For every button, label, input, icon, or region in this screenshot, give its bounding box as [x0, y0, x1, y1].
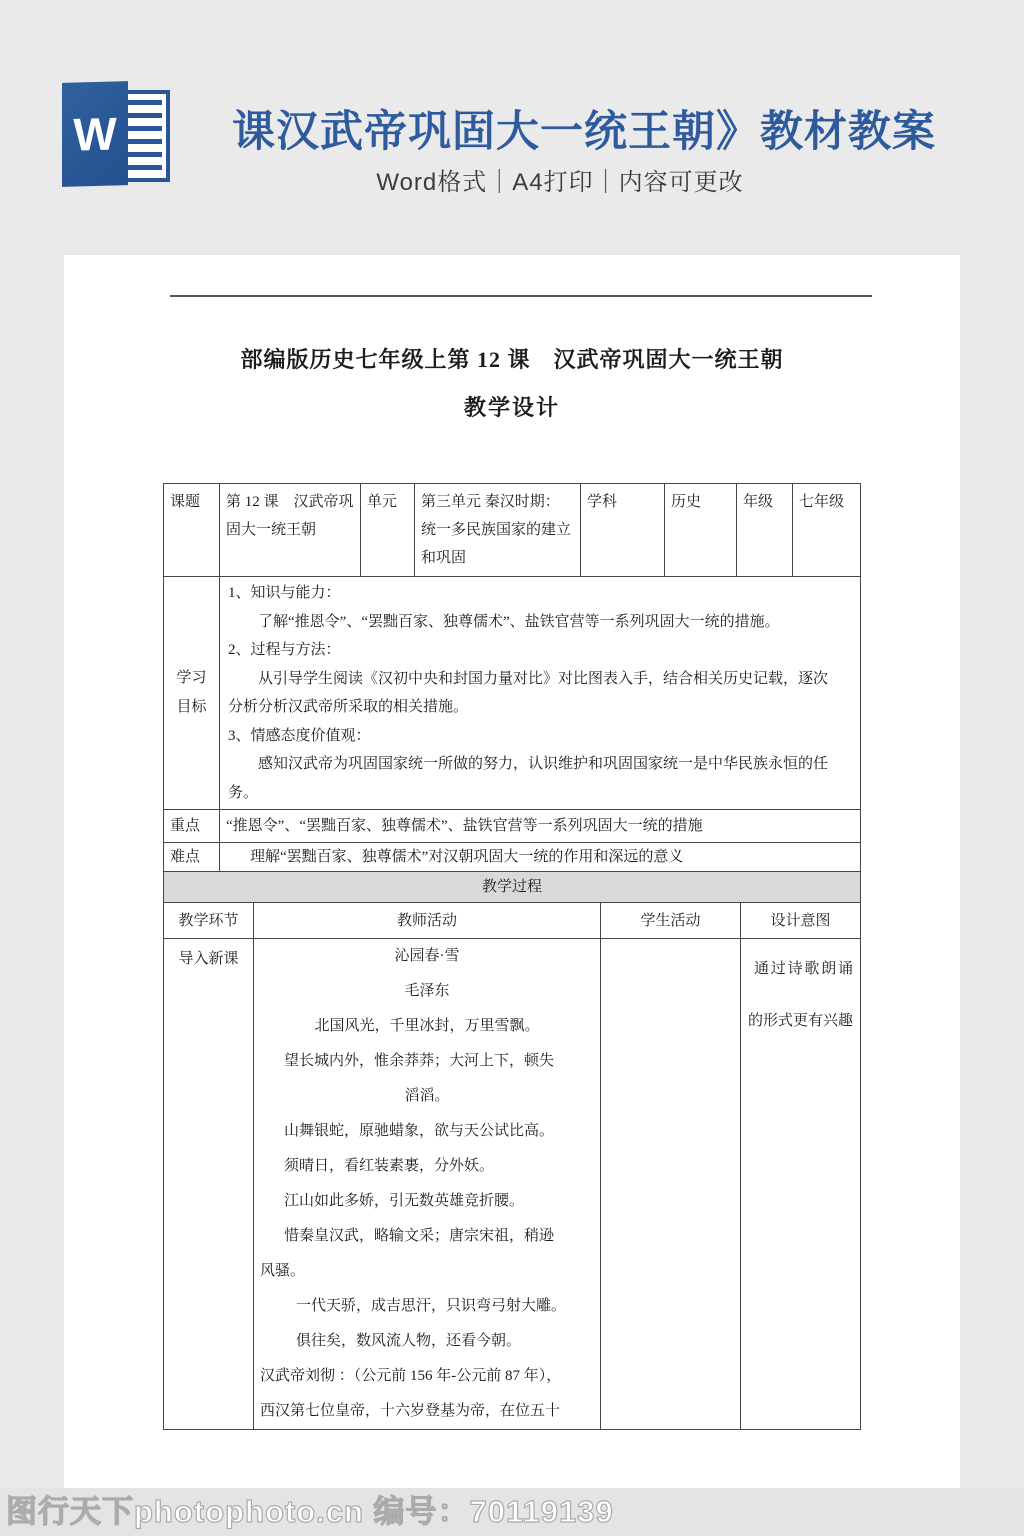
teacher-line: 俱往矣，数风流人物，还看今朝。 — [260, 1324, 594, 1359]
teacher-line: 滔滔。 — [260, 1079, 594, 1114]
divider-line — [170, 295, 872, 297]
teacher-line: 江山如此多娇，引无数英雄竞折腰。 — [260, 1184, 594, 1219]
watermark-text: 图行天下photophoto.cn 编号：70119139 — [6, 1486, 614, 1531]
objective-line: 从引导学生阅读《汉初中央和封国力量对比》对比图表入手，结合相关历史记载，逐次 — [228, 665, 852, 694]
teacher-line: 西汉第七位皇帝，十六岁登基为帝，在位五十 — [260, 1394, 594, 1429]
teacher-line: 一代天骄，成吉思汗，只识弯弓射大雕。 — [260, 1289, 594, 1324]
process-section-title: 教学过程 — [164, 872, 861, 903]
banner-subtitle: Word格式｜A4打印｜内容可更改 — [232, 162, 888, 197]
teacher-activity-cell: 沁园春·雪 毛泽东 北国风光，千里冰封，万里雪飘。 望长城内外，惟余莽莽；大河上… — [254, 939, 601, 1430]
objective-line: 务。 — [228, 779, 852, 808]
col-header-stage: 教学环节 — [164, 903, 254, 939]
teaching-process-table: 教学过程 教学环节 教师活动 学生活动 设计意图 导入新课 沁园春·雪 毛泽东 … — [163, 871, 861, 1430]
objectives-row: 学习目标 1、知识与能力： 了解“推恩令”、“罢黜百家、独尊儒术”、盐铁官营等一… — [164, 577, 861, 810]
objectives-label: 学习目标 — [164, 577, 220, 810]
intent-line: 的形式更有兴趣 — [748, 995, 853, 1047]
course-value: 第 12 课 汉武帝巩固大一统王朝 — [220, 484, 361, 577]
teacher-line: 汉武帝刘彻 ：（公元前 156 年-公元前 87 年）， — [260, 1359, 594, 1394]
stage-cell: 导入新课 — [164, 939, 254, 1430]
intent-line: 通过诗歌朗诵 — [748, 943, 853, 995]
subject-label: 学科 — [581, 484, 665, 577]
word-icon-letter: W — [73, 110, 116, 157]
teacher-line: 惜秦皇汉武，略输文采；唐宗宋祖，稍逊 — [260, 1219, 594, 1254]
student-activity-cell — [601, 939, 741, 1430]
design-intent-cell: 通过诗歌朗诵 的形式更有兴趣 — [741, 939, 861, 1430]
process-section-row: 教学过程 — [164, 872, 861, 903]
doc-subtitle: 教学设计 — [64, 391, 960, 422]
document-page: 部编版历史七年级上第 12 课 汉武帝巩固大一统王朝 教学设计 课题 第 12 … — [64, 255, 960, 1488]
site-banner: W 课汉武帝巩固大一统王朝》教材教案 Word格式｜A4打印｜内容可更改 — [0, 0, 1024, 255]
lesson-plan-tables: 课题 第 12 课 汉武帝巩固大一统王朝 单元 第三单元 秦汉时期：统一多民族国… — [163, 483, 860, 1430]
teacher-line: 山舞银蛇，原驰蜡象，欲与天公试比高。 — [260, 1114, 594, 1149]
banner-title: 课汉武帝巩固大一统王朝》教材教案 — [232, 98, 932, 159]
difficulty-label: 难点 — [164, 843, 220, 872]
course-label: 课题 — [164, 484, 220, 577]
objectives-content: 1、知识与能力： 了解“推恩令”、“罢黜百家、独尊儒术”、盐铁官营等一系列巩固大… — [220, 577, 861, 810]
process-header-row: 教学环节 教师活动 学生活动 设计意图 — [164, 903, 861, 939]
unit-label: 单元 — [361, 484, 415, 577]
teacher-line: 沁园春·雪 — [260, 939, 594, 974]
teacher-line: 北国风光，千里冰封，万里雪飘。 — [260, 1009, 594, 1044]
teacher-line: 望长城内外，惟余莽莽；大河上下，顿失 — [260, 1044, 594, 1079]
word-icon-square: W — [62, 81, 128, 187]
table-row: 课题 第 12 课 汉武帝巩固大一统王朝 单元 第三单元 秦汉时期：统一多民族国… — [164, 484, 861, 577]
col-header-teacher: 教师活动 — [254, 903, 601, 939]
unit-value: 第三单元 秦汉时期：统一多民族国家的建立和巩固 — [415, 484, 581, 577]
lesson-info-table: 课题 第 12 课 汉武帝巩固大一统王朝 单元 第三单元 秦汉时期：统一多民族国… — [163, 483, 861, 872]
objective-line: 分析分析汉武帝所采取的相关措施。 — [228, 693, 852, 722]
difficulty-row: 难点 理解“罢黜百家、独尊儒术”对汉朝巩固大一统的作用和深远的意义 — [164, 843, 861, 872]
col-header-intent: 设计意图 — [741, 903, 861, 939]
objective-line: 了解“推恩令”、“罢黜百家、独尊儒术”、盐铁官营等一系列巩固大一统的措施。 — [228, 608, 852, 637]
teacher-line: 毛泽东 — [260, 974, 594, 1009]
teacher-line: 须晴日，看红装素裹，分外妖。 — [260, 1149, 594, 1184]
grade-label: 年级 — [737, 484, 793, 577]
objective-line: 1、知识与能力： — [228, 579, 852, 608]
objective-line: 2、过程与方法： — [228, 636, 852, 665]
key-point-row: 重点 “推恩令”、“罢黜百家、独尊儒术”、盐铁官营等一系列巩固大一统的措施 — [164, 810, 861, 843]
key-point-value: “推恩令”、“罢黜百家、独尊儒术”、盐铁官营等一系列巩固大一统的措施 — [220, 810, 861, 843]
teacher-line: 风骚。 — [260, 1254, 594, 1289]
doc-title: 部编版历史七年级上第 12 课 汉武帝巩固大一统王朝 — [64, 343, 960, 374]
process-row-intro: 导入新课 沁园春·雪 毛泽东 北国风光，千里冰封，万里雪飘。 望长城内外，惟余莽… — [164, 939, 861, 1430]
grade-value: 七年级 — [793, 484, 861, 577]
word-icon: W — [62, 80, 184, 192]
key-point-label: 重点 — [164, 810, 220, 843]
col-header-student: 学生活动 — [601, 903, 741, 939]
objective-line: 3、情感态度价值观： — [228, 722, 852, 751]
objective-line: 感知汉武帝为巩固国家统一所做的努力，认识维护和巩固国家统一是中华民族永恒的任 — [228, 750, 852, 779]
word-icon-stripes — [126, 100, 162, 172]
subject-value: 历史 — [665, 484, 737, 577]
difficulty-value: 理解“罢黜百家、独尊儒术”对汉朝巩固大一统的作用和深远的意义 — [220, 843, 861, 872]
